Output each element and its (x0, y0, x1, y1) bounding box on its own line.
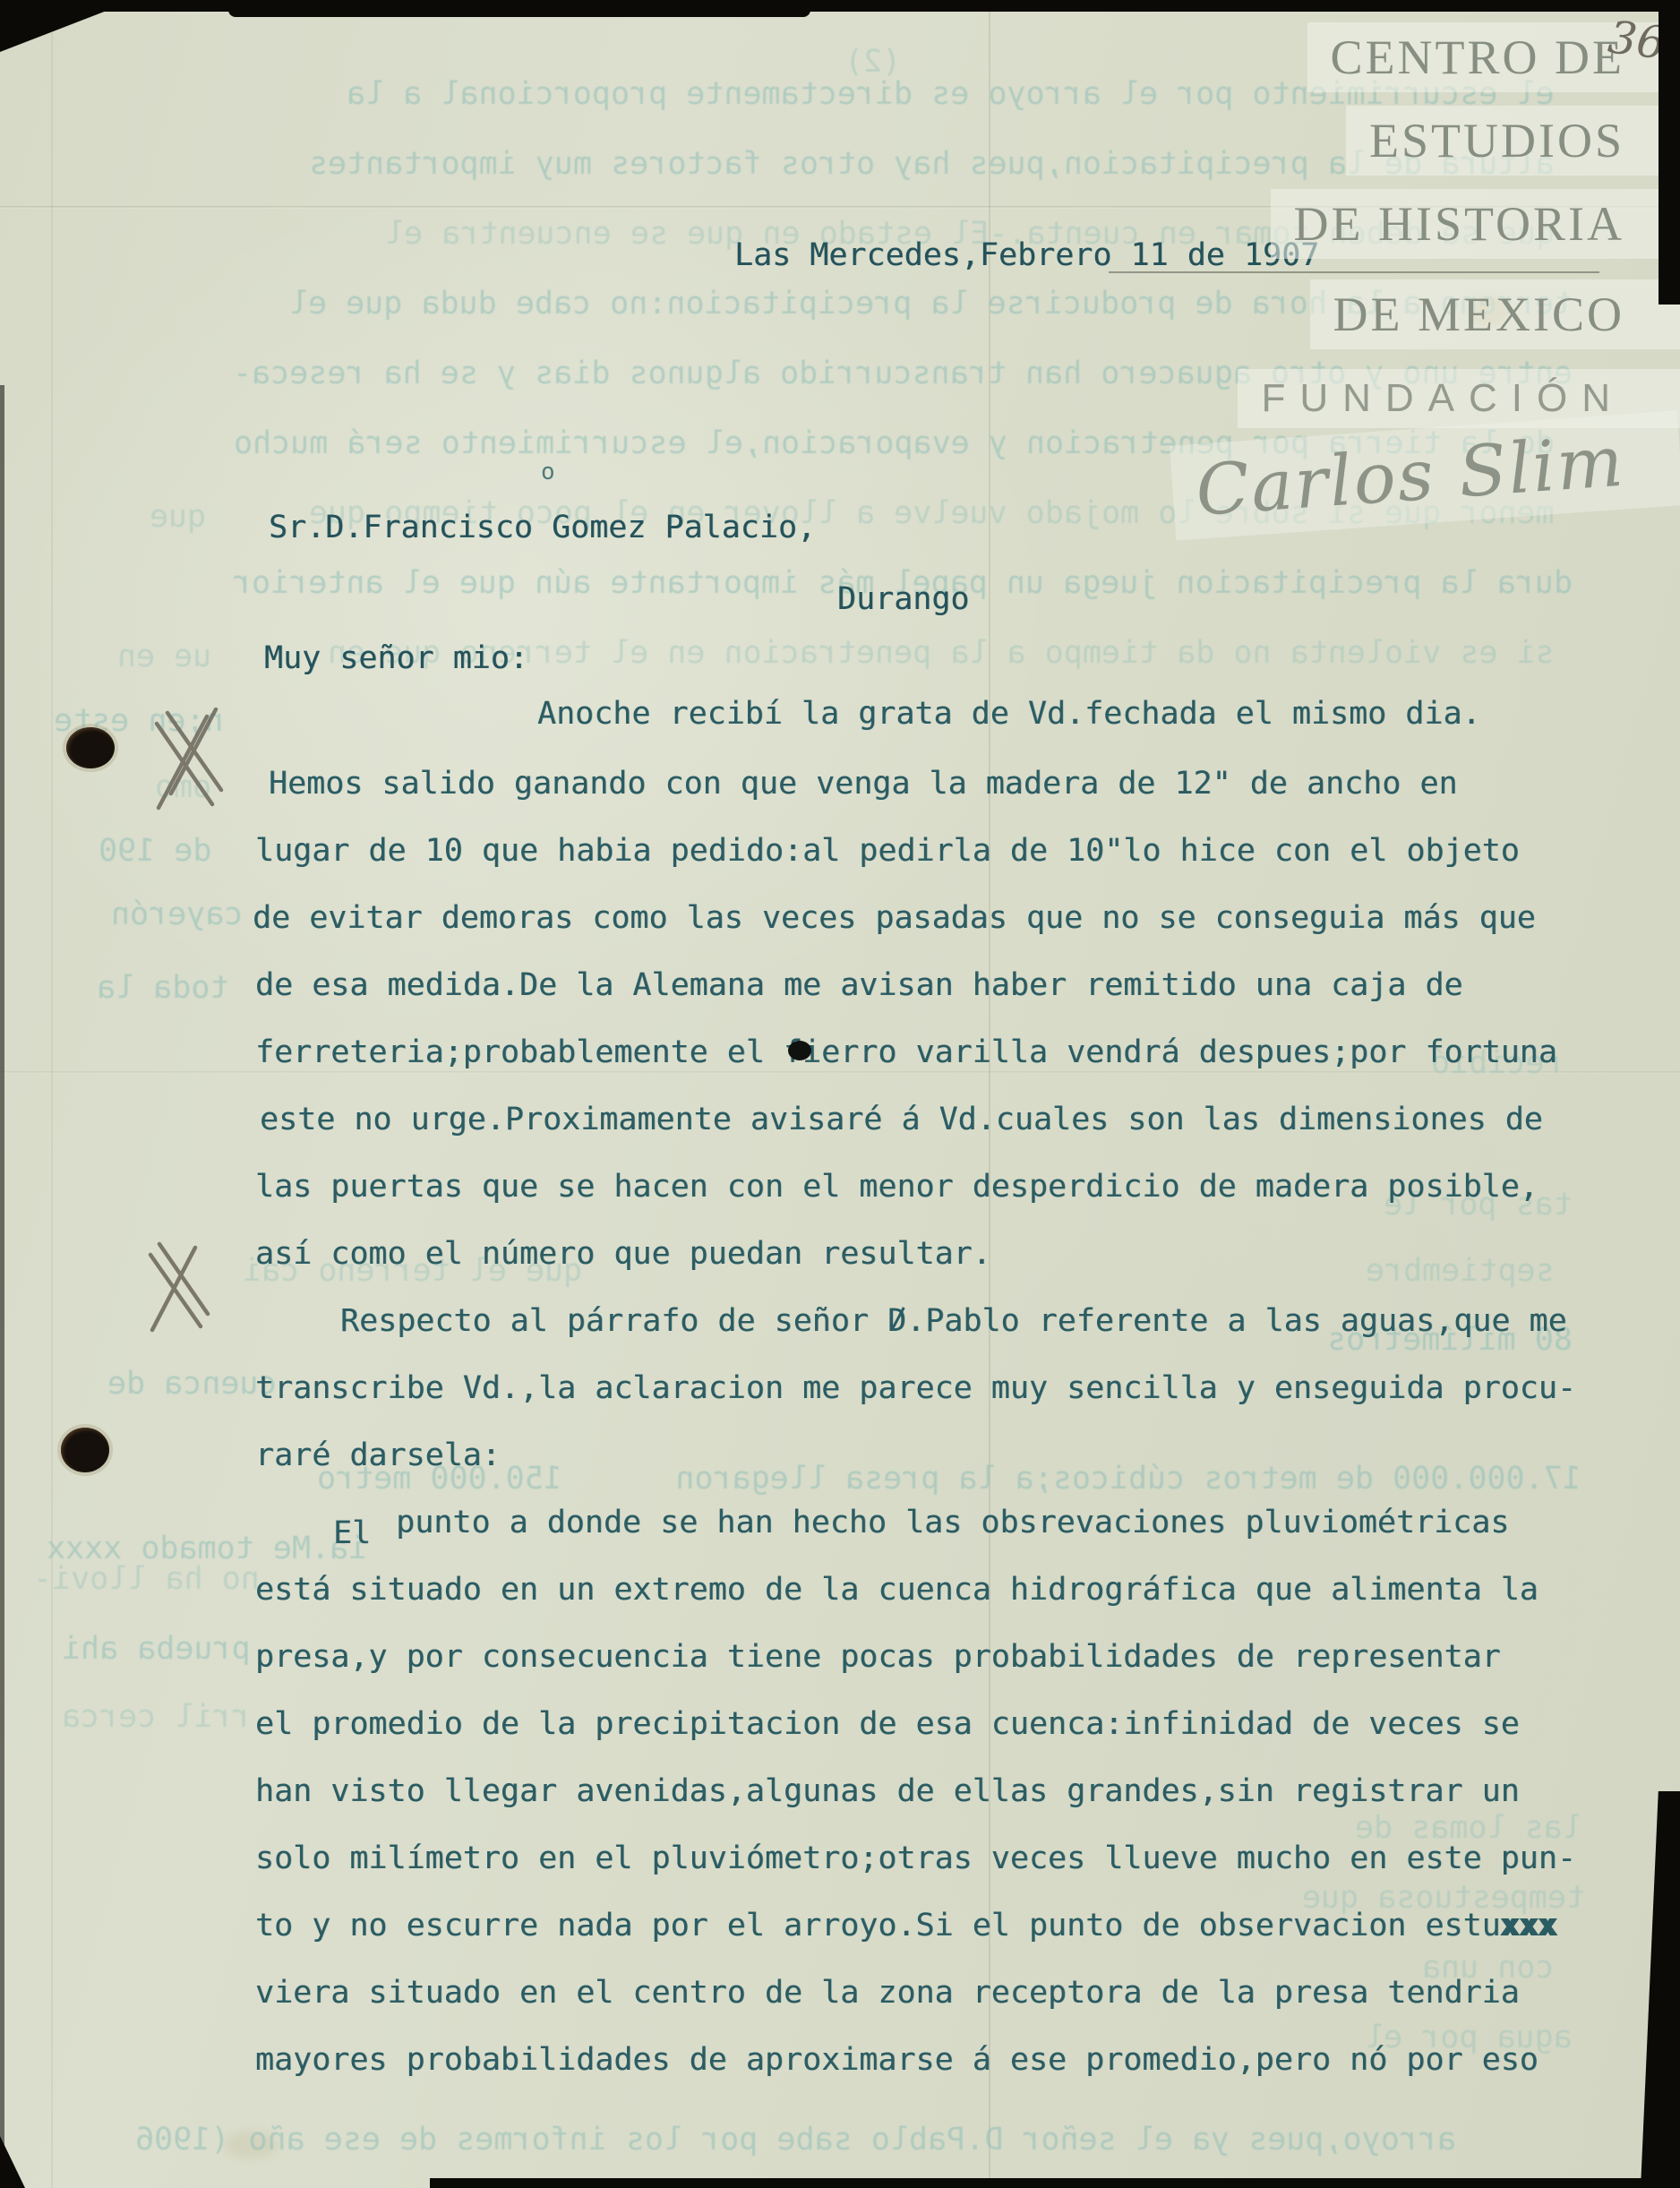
ghost-fragment: toda la (97, 973, 229, 1004)
typed-line: han visto llegar avenidas,algunas de ell… (255, 1776, 1520, 1807)
typed-line: ferreteria;probablemente el fierro varil… (255, 1037, 1557, 1068)
typed-line: transcribe Vd.,la aclaracion me parece m… (255, 1373, 1576, 1404)
scan-edge-right (1659, 0, 1680, 305)
typed-line-rest: punto a donde se han hecho las obsrevaci… (396, 1505, 1509, 1540)
typed-line: Respecto al párrafo de señor D.Pablo ref… (340, 1306, 1567, 1337)
typed-line: Anoche recibí la grata de Vd.fechada el … (537, 699, 1481, 730)
hole-punch (61, 1428, 109, 1472)
stray-typed-char: o (541, 459, 555, 485)
scanned-letter-page: el escurrimiento por el arroyo es direct… (0, 0, 1680, 2188)
typed-line: to y no escurre nada por el arroyo.Si el… (255, 1910, 1557, 1942)
dateline: Las Mercedes,Febrero 11 de 1907 (734, 240, 1319, 271)
typed-line: de esa medida.De la Alemana me avisan ha… (255, 970, 1463, 1001)
ghost-page-number: (2) (844, 47, 901, 78)
ghost-fragment: prueba ahi (62, 1634, 251, 1665)
pencil-x-mark (146, 708, 227, 819)
ghost-fragment: septiembre (1366, 1256, 1555, 1287)
typed-line: viera situado en el centro de la zona re… (255, 1978, 1520, 2009)
date-underline (1109, 271, 1599, 273)
ghost-fragment: ue en (117, 641, 211, 673)
hole-punch (66, 727, 115, 768)
typed-line: el promedio de la precipitacion de esa c… (255, 1709, 1520, 1740)
watermark-line: ESTUDIOS (1346, 106, 1680, 176)
fold-crease (0, 1071, 1680, 1074)
fold-crease (51, 0, 53, 2188)
ghost-fragment: de 190 (99, 836, 211, 867)
ghost-fragment: cayerón (111, 899, 244, 931)
dropped-word: El (333, 1518, 371, 1549)
ghost-line: 17.000.000 de metros cúbicos;a la presa … (317, 1463, 1581, 1495)
typed-line: lugar de 10 que habia pedido:al pedirla … (255, 836, 1520, 867)
typed-line: Hemos salido ganando con que venga la ma… (269, 768, 1458, 800)
pencil-x-mark (141, 1240, 213, 1339)
scan-edge-left (0, 385, 4, 2188)
struck-out-chars: xxx (1501, 1908, 1557, 1943)
ghost-fragment: las lomas de (1355, 1813, 1581, 1844)
ink-blot (788, 1041, 811, 1060)
ghost-fragment: no ha llovi- (33, 1564, 260, 1595)
typed-line: presa,y por consecuencia tiene pocas pro… (255, 1642, 1501, 1673)
typed-line: de evitar demoras como las veces pasadas… (253, 903, 1536, 934)
typed-line: está situado en un extremo de la cuenca … (255, 1575, 1539, 1606)
watermark-line: DE MEXICO (1310, 279, 1680, 349)
ghost-fragment: que (150, 502, 206, 533)
ghost-line: arroyo,pues ya el señor D.Pablo sabe por… (135, 2124, 1456, 2156)
typed-line: las puertas que se hacen con el menor de… (255, 1171, 1539, 1203)
typed-line: mayores probabilidades de aproximarse á … (255, 2045, 1539, 2076)
typed-line: este no urge.Proximamente avisaré á Vd.c… (260, 1104, 1543, 1136)
ghost-fragment: ia.Me tomado xxxx (47, 1533, 367, 1565)
typed-line-text: to y no escurre nada por el arroyo.Si el… (255, 1908, 1501, 1943)
typed-line: así como el número que puedan resultar. (255, 1239, 991, 1270)
watermark-line: DE HISTORIA (1271, 189, 1680, 259)
typed-line: raré darsela: (255, 1440, 501, 1472)
ghost-fragment: rril cerca (62, 1702, 251, 1733)
typed-line: solo milímetro en el pluviómetro;otras v… (255, 1843, 1576, 1875)
typed-line: Elpunto a donde se han hecho las obsreva… (333, 1507, 1509, 1539)
scan-edge-top (228, 0, 810, 17)
salutation: Muy señor mio: (264, 643, 528, 674)
scan-edge-bottom (430, 2178, 1680, 2188)
recipient-city: Durango (837, 584, 970, 615)
recipient-name: Sr.D.Francisco Gomez Palacio, (269, 512, 816, 544)
ghost-fragment: cuenca de (107, 1369, 278, 1400)
